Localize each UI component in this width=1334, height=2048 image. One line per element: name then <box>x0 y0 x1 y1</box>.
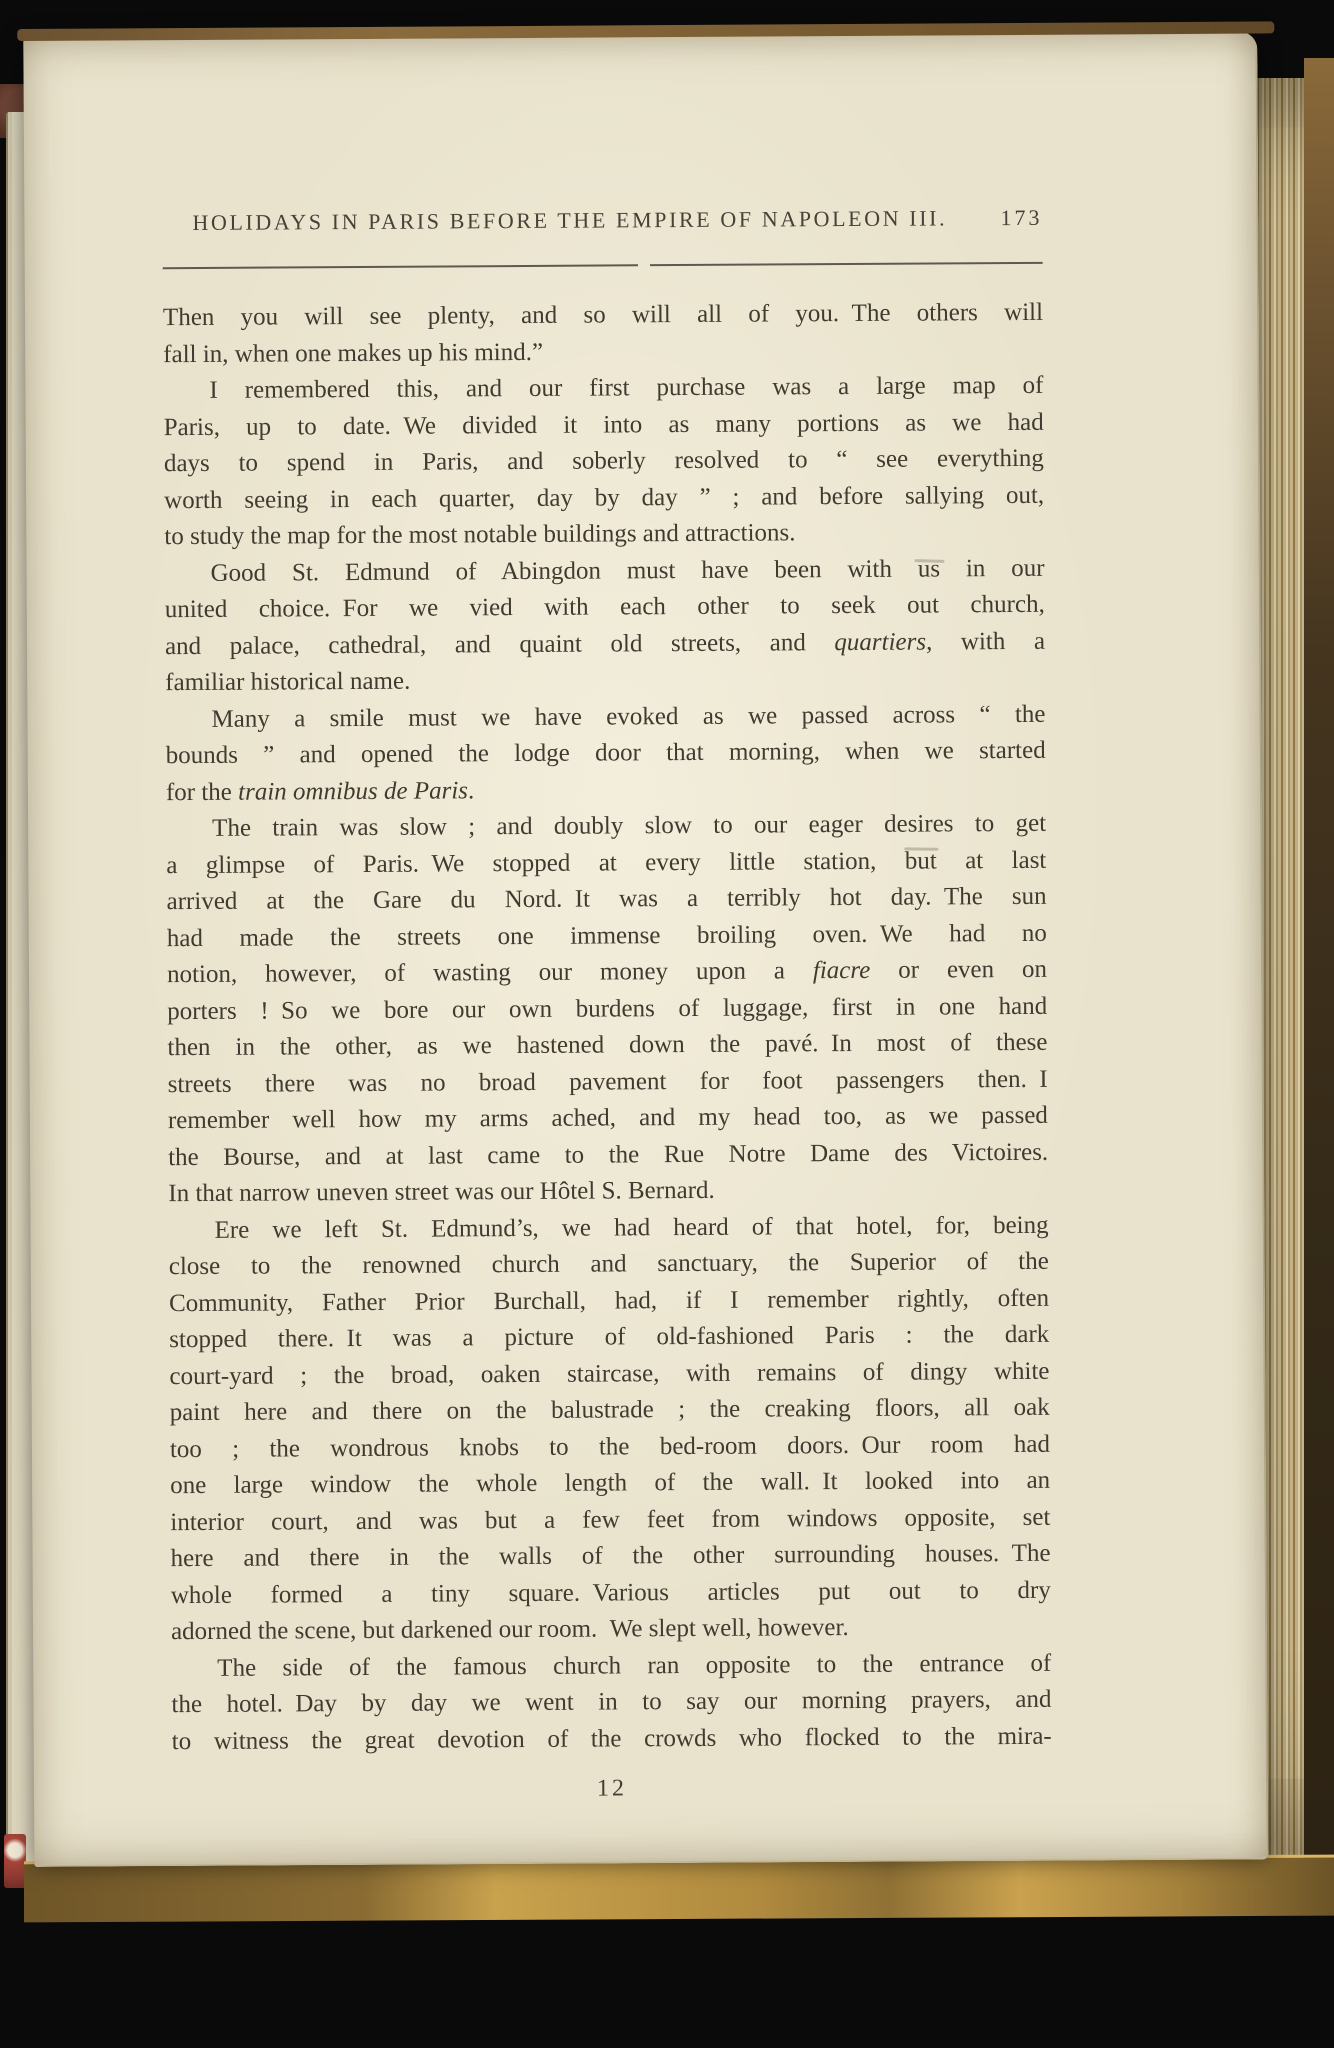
text-line: to study the map for the most notable bu… <box>164 514 1044 556</box>
text-segment: streets there was no broad pavement for … <box>168 1065 1048 1097</box>
text-line: one large window the whole length of the… <box>170 1463 1050 1505</box>
text-segment: , with a <box>926 627 1045 655</box>
text-line: Community, Father Prior Burchall, had, i… <box>169 1280 1049 1322</box>
header-page-number: 173 <box>1000 205 1042 231</box>
text-line: paint here and there on the balustrade ;… <box>170 1390 1050 1432</box>
text-line: days to spend in Paris, and soberly reso… <box>164 441 1044 483</box>
text-segment: bounds ” and opened the lodge door that … <box>166 737 1046 769</box>
text-line: In that narrow uneven street was our Hôt… <box>168 1171 1048 1213</box>
text-segment: for the <box>166 778 238 805</box>
text-segment: had made the streets one immense broilin… <box>167 919 1047 951</box>
text-segment: familiar historical name. <box>165 668 410 696</box>
text-line: here and there in the walls of the other… <box>170 1536 1050 1578</box>
paragraph: I remembered this, and our first purchas… <box>163 368 1044 556</box>
text-line: had made the streets one immense broilin… <box>167 915 1047 957</box>
italic-text-segment: quartiers <box>834 628 926 656</box>
text-line: remember well how my arms ached, and my … <box>168 1098 1048 1140</box>
footer-page-number: 12 <box>172 1773 1052 1805</box>
text-line: familiar historical name. <box>165 660 1045 702</box>
text-segment: Then you will see plenty, and so will al… <box>163 299 1043 331</box>
marbled-endpaper-sliver <box>4 1834 26 1888</box>
text-line: whole formed a tiny square. Various arti… <box>171 1572 1051 1614</box>
text-line: the hotel. Day by day we went in to say … <box>171 1682 1051 1724</box>
text-segment: here and there in the walls of the other… <box>171 1540 1051 1572</box>
text-segment: paint here and there on the balustrade ;… <box>170 1394 1050 1426</box>
text-line: I remembered this, and our first purchas… <box>163 368 1043 410</box>
text-segment: notion, however, of wasting our money up… <box>167 957 813 988</box>
text-line: court-yard ; the broad, oaken staircase,… <box>169 1353 1049 1395</box>
text-segment: or even on <box>870 956 1047 984</box>
text-line: The side of the famous church ran opposi… <box>171 1645 1051 1687</box>
text-segment: remember well how my arms ached, and my … <box>168 1102 1048 1134</box>
paragraph: Good St. Edmund of Abingdon must have be… <box>164 550 1045 701</box>
text-line: bounds ” and opened the lodge door that … <box>166 733 1046 775</box>
text-line: streets there was no broad pavement for … <box>168 1061 1048 1103</box>
text-segment: Many a smile must we have evoked as we p… <box>211 700 1045 732</box>
text-segment: The side of the famous church ran opposi… <box>217 1649 1051 1681</box>
text-line: porters ! So we bore our own burdens of … <box>167 988 1047 1030</box>
text-line: and palace, cathedral, and quaint old st… <box>165 623 1045 665</box>
italic-text-segment: fiacre <box>813 957 871 984</box>
text-line: arrived at the Gare du Nord. It was a te… <box>166 879 1046 921</box>
text-segment: too ; the wondrous knobs to the bed-room… <box>170 1430 1050 1462</box>
paragraph: Then you will see plenty, and so will al… <box>163 295 1043 373</box>
text-line: worth seeing in each quarter, day by day… <box>164 477 1044 519</box>
text-segment: close to the renowned church and sanctua… <box>169 1248 1049 1280</box>
text-line: the Bourse, and at last came to the Rue … <box>168 1134 1048 1176</box>
paragraph: Ere we left St. Edmund’s, we had heard o… <box>168 1207 1051 1650</box>
text-segment: then in the other, as we hastened down t… <box>167 1029 1047 1061</box>
leather-cover-edge <box>1304 58 1334 1904</box>
text-segment: a glimpse of Paris. We stopped at every … <box>166 846 1046 878</box>
text-segment: arrived at the Gare du Nord. It was a te… <box>166 883 1046 915</box>
text-line: stopped there. It was a picture of old-f… <box>169 1317 1049 1359</box>
text-segment: fall in, when one makes up his mind.” <box>163 338 543 367</box>
text-segment: days to spend in Paris, and soberly reso… <box>164 445 1044 477</box>
text-line: interior court, and was but a few feet f… <box>170 1499 1050 1541</box>
text-line: Ere we left St. Edmund’s, we had heard o… <box>168 1207 1048 1249</box>
text-line: for the train omnibus de Paris. <box>166 769 1046 811</box>
text-segment: court-yard ; the broad, oaken staircase,… <box>169 1357 1049 1389</box>
text-segment: to study the map for the most notable bu… <box>164 519 795 550</box>
text-line: united choice. For we vied with each oth… <box>165 587 1045 629</box>
text-line: The train was slow ; and doubly slow to … <box>166 806 1046 848</box>
text-line: Then you will see plenty, and so will al… <box>163 295 1043 337</box>
italic-text-segment: train omnibus de Paris <box>238 777 468 805</box>
text-segment: Paris, up to date. We divided it into as… <box>164 408 1044 440</box>
text-segment: worth seeing in each quarter, day by day… <box>164 481 1044 513</box>
book-scan-scene: HOLIDAYS IN PARIS BEFORE THE EMPIRE OF N… <box>0 0 1334 2048</box>
text-segment: the Bourse, and at last came to the Rue … <box>168 1138 1048 1170</box>
text-line: adorned the scene, but darkened our room… <box>171 1609 1051 1651</box>
text-segment: Community, Father Prior Burchall, had, i… <box>169 1284 1049 1316</box>
text-segment: Ere we left St. Edmund’s, we had heard o… <box>215 1211 1049 1243</box>
text-line: close to the renowned church and sanctua… <box>169 1244 1049 1286</box>
text-line: a glimpse of Paris. We stopped at every … <box>166 842 1046 884</box>
text-segment: In that narrow uneven street was our Hôt… <box>168 1177 715 1207</box>
page-body-text: Then you will see plenty, and so will al… <box>163 295 1052 1760</box>
paragraph: Many a smile must we have evoked as we p… <box>165 696 1046 811</box>
text-segment: porters ! So we bore our own burdens of … <box>167 992 1047 1024</box>
text-segment: to witness the great devotion of the cro… <box>172 1722 1052 1754</box>
header-rule-divider <box>163 262 1043 269</box>
text-line: Paris, up to date. We divided it into as… <box>164 404 1044 446</box>
running-head: HOLIDAYS IN PARIS BEFORE THE EMPIRE OF N… <box>162 205 1042 236</box>
text-segment: interior court, and was but a few feet f… <box>170 1503 1050 1535</box>
text-segment: . <box>468 777 474 804</box>
paragraph: The train was slow ; and doubly slow to … <box>166 806 1048 1213</box>
text-segment: I remembered this, and our first purchas… <box>209 372 1043 404</box>
text-segment: Good St. Edmund of Abingdon must have be… <box>210 554 1044 586</box>
text-segment: united choice. For we vied with each oth… <box>165 591 1045 623</box>
text-line: too ; the wondrous knobs to the bed-room… <box>170 1426 1050 1468</box>
text-segment: adorned the scene, but darkened our room… <box>171 1614 849 1645</box>
book-page: HOLIDAYS IN PARIS BEFORE THE EMPIRE OF N… <box>23 31 1268 1867</box>
text-segment: one large window the whole length of the… <box>170 1467 1050 1499</box>
running-title: HOLIDAYS IN PARIS BEFORE THE EMPIRE OF N… <box>162 205 947 236</box>
text-segment: and palace, cathedral, and quaint old st… <box>165 629 835 660</box>
text-line: Good St. Edmund of Abingdon must have be… <box>164 550 1044 592</box>
text-column: HOLIDAYS IN PARIS BEFORE THE EMPIRE OF N… <box>161 33 1041 38</box>
text-line: notion, however, of wasting our money up… <box>167 952 1047 994</box>
text-segment: The train was slow ; and doubly slow to … <box>212 810 1046 842</box>
text-line: then in the other, as we hastened down t… <box>167 1025 1047 1067</box>
text-line: fall in, when one makes up his mind.” <box>163 331 1043 373</box>
text-segment: the hotel. Day by day we went in to say … <box>171 1686 1051 1718</box>
text-line: Many a smile must we have evoked as we p… <box>165 696 1045 738</box>
text-segment: whole formed a tiny square. Various arti… <box>171 1576 1051 1608</box>
text-segment: stopped there. It was a picture of old-f… <box>169 1321 1049 1353</box>
paragraph: The side of the famous church ran opposi… <box>171 1645 1052 1760</box>
text-line: to witness the great devotion of the cro… <box>172 1718 1052 1760</box>
